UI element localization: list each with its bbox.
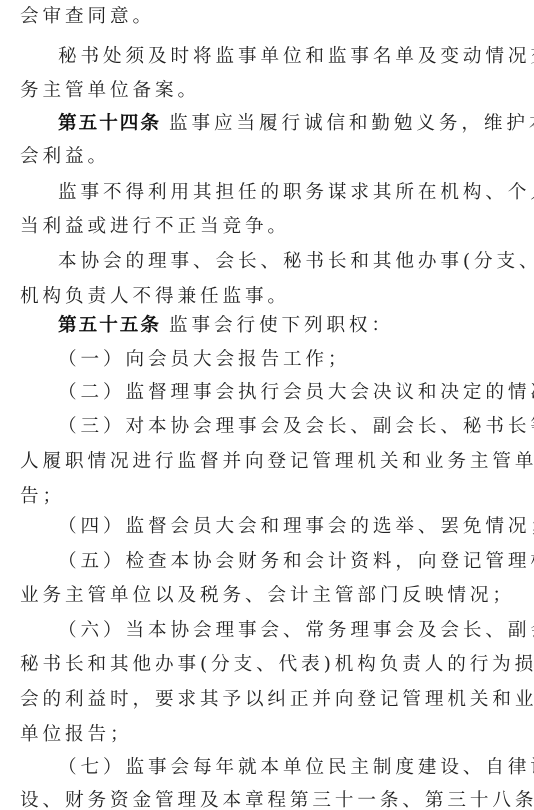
- line-text: 监事应当履行诚信和勤勉义务，维护本协: [169, 113, 534, 134]
- line-text: 告；: [20, 486, 65, 507]
- list-item-6: （六）当本协会理事会、常务理事会及会长、副会长、: [58, 619, 492, 643]
- text-line-5: 会利益。: [20, 145, 492, 169]
- text-line-2: 秘书处须及时将监事单位和监事名单及变动情况交业: [58, 45, 492, 69]
- list-item-6-cont-2: 会的利益时，要求其予以纠正并向登记管理机关和业务主管: [20, 688, 492, 712]
- line-text: 秘书处须及时将监事单位和监事名单及变动情况交业: [58, 46, 534, 67]
- line-text: 秘书长和其他办事(分支、代表)机构负责人的行为损害本协: [20, 654, 534, 675]
- line-text: （五）检查本协会财务和会计资料，向登记管理机关、: [58, 551, 534, 572]
- text-line-9: 机构负责人不得兼任监事。: [20, 285, 492, 309]
- list-item-3: （三）对本协会理事会及会长、副会长、秘书长等负责: [58, 415, 492, 439]
- text-line-8: 本协会的理事、会长、秘书长和其他办事(分支、代表): [58, 250, 492, 274]
- article-55-heading: 第五十五条: [58, 315, 161, 336]
- list-item-5: （五）检查本协会财务和会计资料，向登记管理机关、: [58, 550, 492, 574]
- line-text: 设、财务资金管理及本章程第三十一条、第三十八条、第四: [20, 790, 534, 810]
- list-item-3-end: 告；: [20, 485, 492, 509]
- line-text: （二）监督理事会执行会员大会决议和决定的情况；: [58, 382, 534, 403]
- list-item-2: （二）监督理事会执行会员大会决议和决定的情况；: [58, 381, 492, 405]
- line-text: 会利益。: [20, 146, 110, 167]
- line-text: 业务主管单位以及税务、会计主管部门反映情况；: [20, 585, 515, 606]
- list-item-3-cont: 人履职情况进行监督并向登记管理机关和业务主管单位报: [20, 450, 492, 474]
- line-text: （三）对本协会理事会及会长、副会长、秘书长等负责: [58, 416, 534, 437]
- list-item-6-end: 单位报告；: [20, 723, 492, 747]
- line-text: 本协会的理事、会长、秘书长和其他办事(分支、代表): [58, 251, 534, 272]
- line-text: （六）当本协会理事会、常务理事会及会长、副会长、: [58, 620, 534, 641]
- text-line-3: 务主管单位备案。: [20, 79, 492, 103]
- list-item-7-cont: 设、财务资金管理及本章程第三十一条、第三十八条、第四: [20, 789, 492, 810]
- article-54-heading: 第五十四条: [58, 113, 161, 134]
- line-text: 监事会行使下列职权：: [169, 315, 394, 336]
- list-item-1: （一）向会员大会报告工作；: [58, 348, 492, 372]
- line-text: 会的利益时，要求其予以纠正并向登记管理机关和业务主管: [20, 689, 534, 710]
- text-line-6: 监事不得利用其担任的职务谋求其所在机构、个人不正: [58, 181, 492, 205]
- line-text: 单位报告；: [20, 724, 132, 745]
- list-item-6-cont-1: 秘书长和其他办事(分支、代表)机构负责人的行为损害本协: [20, 653, 492, 677]
- list-item-7: （七）监事会每年就本单位民主制度建设、自律诚信建: [58, 756, 492, 780]
- article-55-line-1: 第五十五条监事会行使下列职权：: [58, 314, 492, 338]
- line-text: 当利益或进行不正当竞争。: [20, 216, 290, 237]
- document-page: 会审查同意。 秘书处须及时将监事单位和监事名单及变动情况交业 务主管单位备案。 …: [0, 0, 534, 810]
- line-text: （四）监督会员大会和理事会的选举、罢免情况；: [58, 516, 534, 537]
- list-item-5-end: 业务主管单位以及税务、会计主管部门反映情况；: [20, 584, 492, 608]
- line-text: （一）向会员大会报告工作；: [58, 349, 350, 370]
- line-text: 人履职情况进行监督并向登记管理机关和业务主管单位报: [20, 451, 534, 472]
- text-line-1: 会审查同意。: [20, 5, 492, 29]
- line-text: 务主管单位备案。: [20, 80, 200, 101]
- line-text: 会审查同意。: [20, 6, 155, 27]
- line-text: 监事不得利用其担任的职务谋求其所在机构、个人不正: [58, 182, 534, 203]
- text-line-7: 当利益或进行不正当竞争。: [20, 215, 492, 239]
- line-text: 机构负责人不得兼任监事。: [20, 286, 290, 307]
- list-item-4: （四）监督会员大会和理事会的选举、罢免情况；: [58, 515, 492, 539]
- article-54-line-1: 第五十四条监事应当履行诚信和勤勉义务，维护本协: [58, 112, 492, 136]
- line-text: （七）监事会每年就本单位民主制度建设、自律诚信建: [58, 757, 534, 778]
